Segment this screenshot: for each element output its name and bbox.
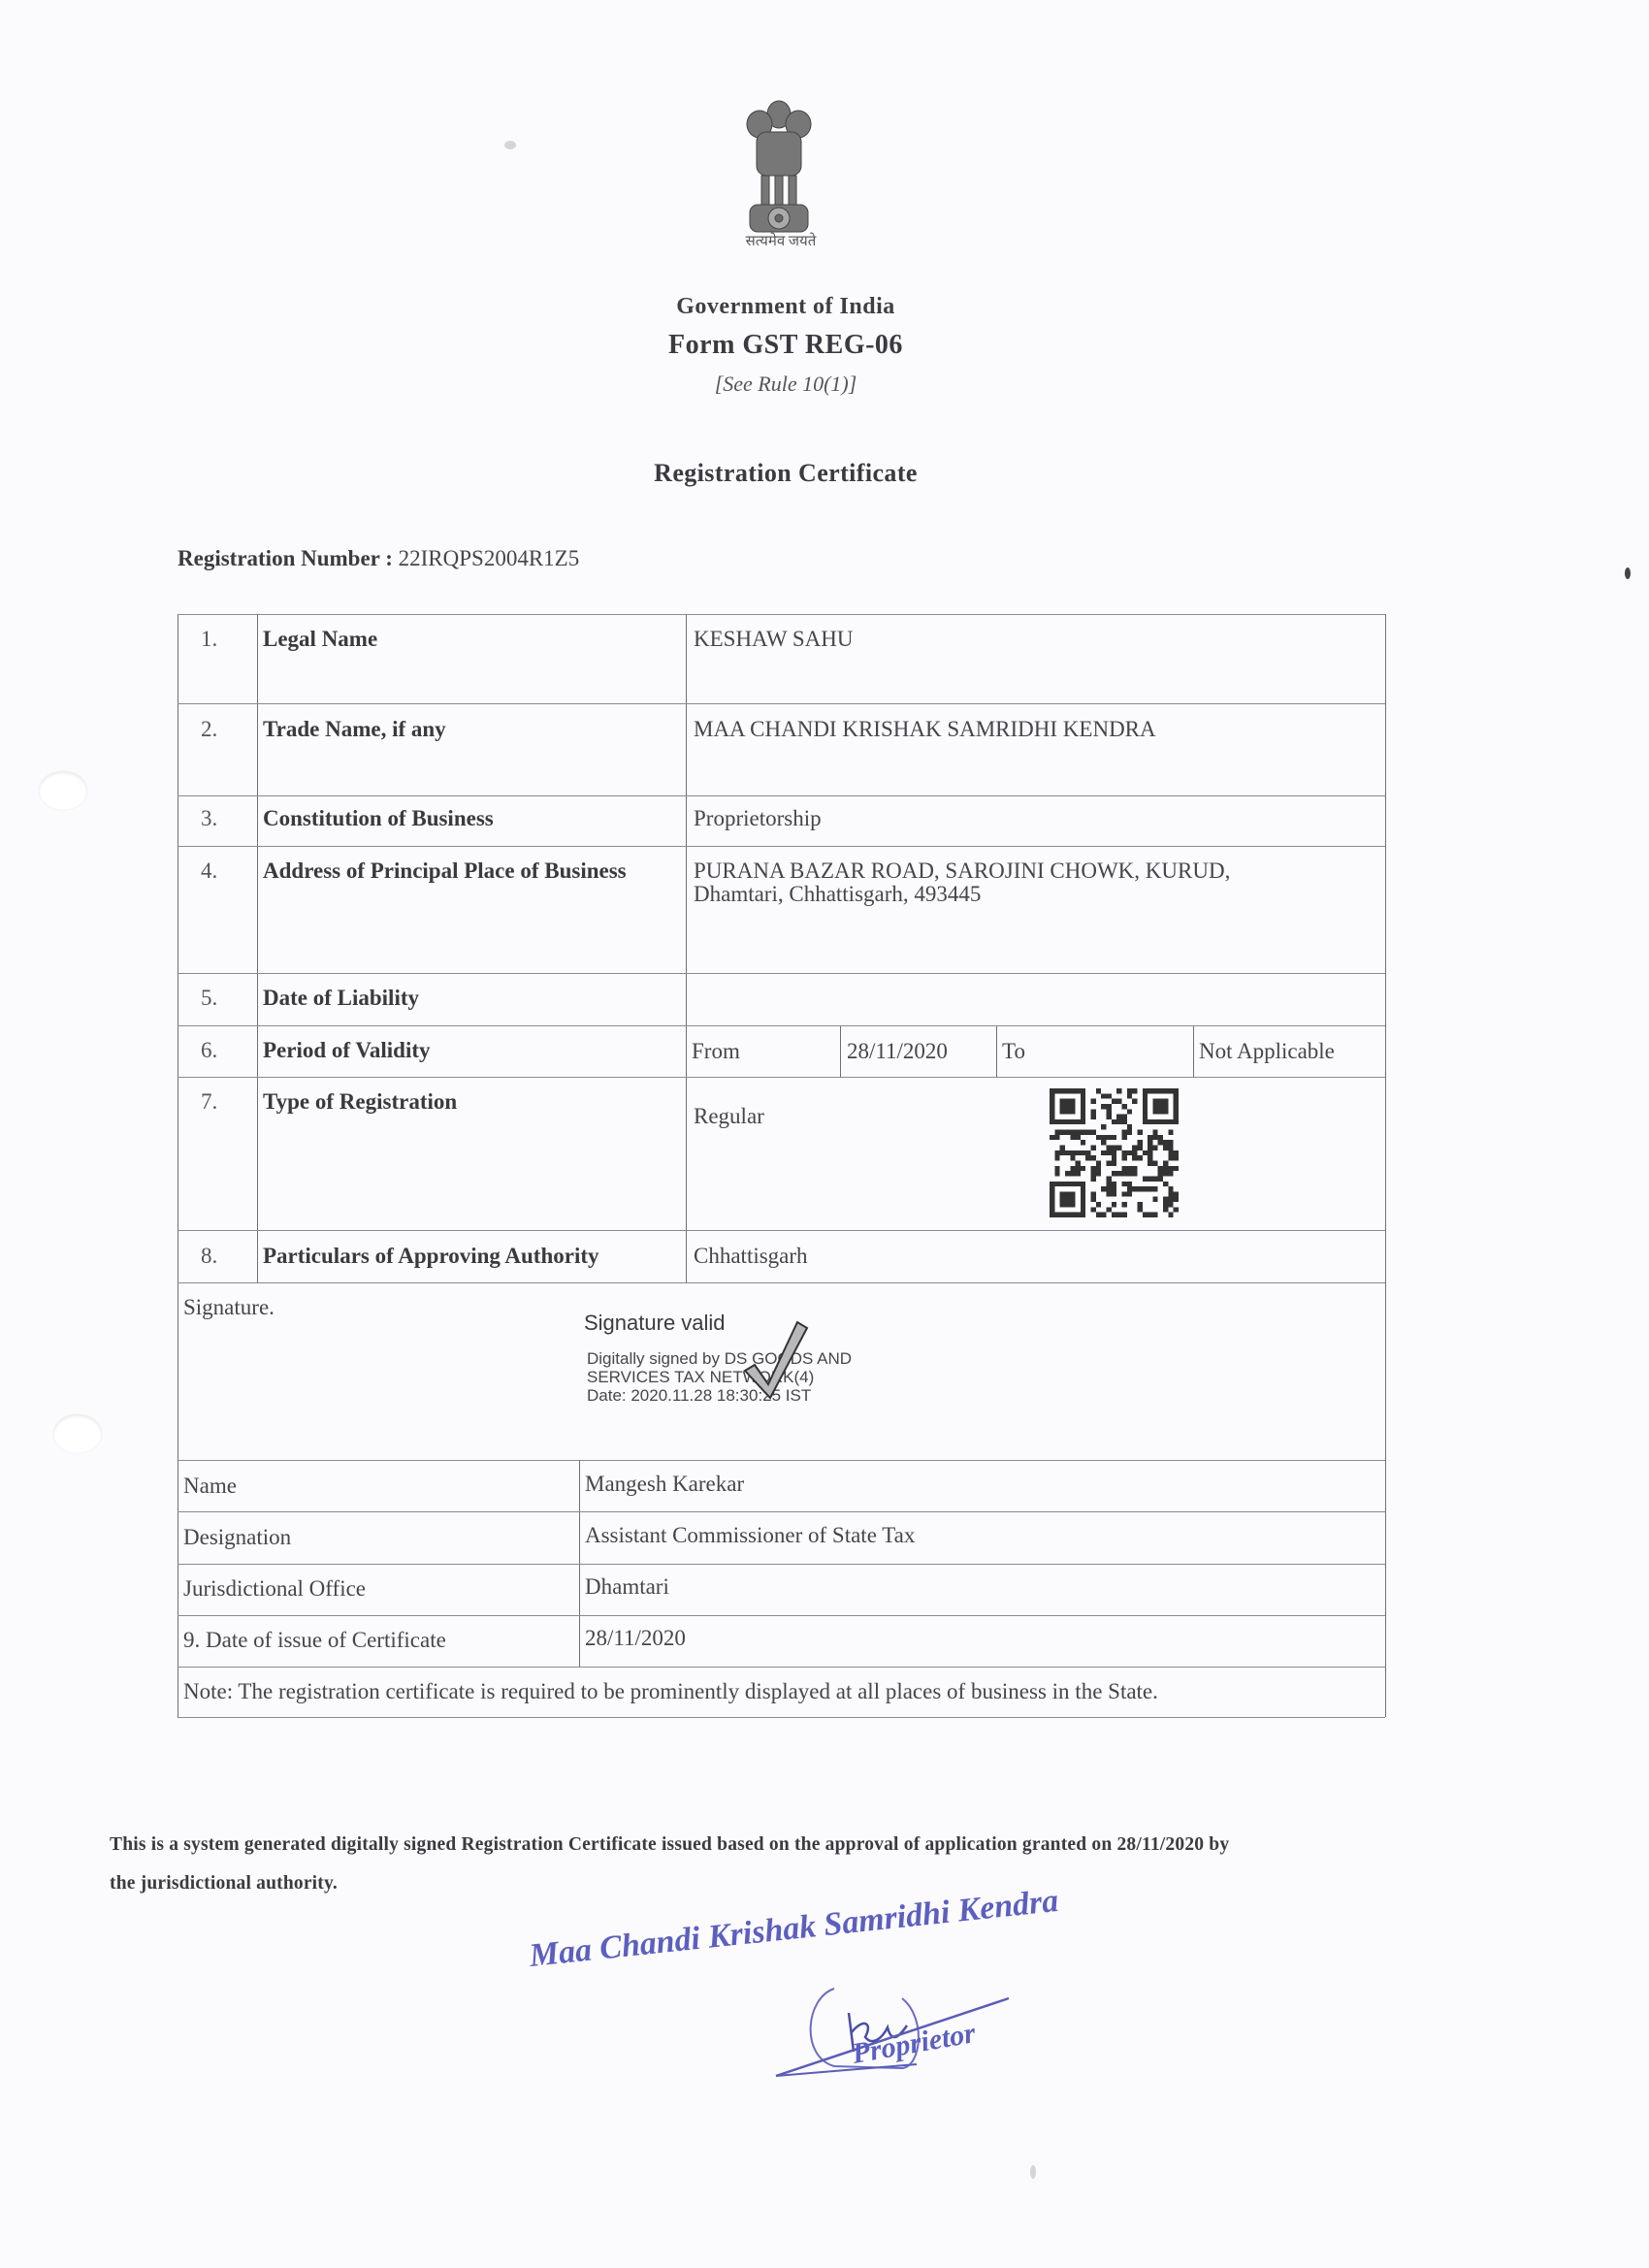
handwritten-signature-icon: [757, 1960, 1018, 2095]
display-note: Note: The registration certificate is re…: [183, 1678, 1158, 1704]
row-label: Address of Principal Place of Business: [263, 858, 670, 884]
row-number: 4.: [201, 858, 217, 884]
row-label: Date of Liability: [263, 985, 419, 1011]
validity-to-value: Not Applicable: [1199, 1038, 1335, 1064]
designation-value: Assistant Commissioner of State Tax: [585, 1522, 915, 1548]
constitution-value: Proprietorship: [694, 805, 822, 831]
form-title: Form GST REG-06: [0, 330, 1571, 361]
paper-smudge: [504, 141, 516, 149]
paper-smudge: [1030, 2165, 1036, 2179]
issue-date-value: 28/11/2020: [585, 1625, 686, 1651]
row-number: 5.: [201, 985, 217, 1011]
row-label: Type of Registration: [263, 1088, 457, 1115]
row-number: 3.: [201, 805, 217, 831]
row-number: 2.: [201, 716, 217, 742]
registration-number-label: Registration Number :: [178, 546, 393, 570]
rule-reference: [See Rule 10(1)]: [0, 372, 1571, 397]
emblem-motto: सत्यमेव जयते: [723, 231, 839, 250]
address-line1: PURANA BAZAR ROAD, SAROJINI CHOWK, KURUD…: [694, 858, 1230, 884]
footer-line1: This is a system generated digitally sig…: [110, 1826, 1468, 1864]
row-number: 7.: [201, 1088, 217, 1115]
address-line2: Dhamtari, Chhattisgarh, 493445: [694, 881, 981, 907]
legal-name-value: KESHAW SAHU: [694, 626, 854, 652]
punch-hole-bottom: [53, 1414, 102, 1453]
system-generated-note: This is a system generated digitally sig…: [110, 1826, 1468, 1903]
row-label: Particulars of Approving Authority: [263, 1243, 599, 1269]
certificate-title: Registration Certificate: [0, 459, 1571, 488]
authority-label: 9. Date of issue of Certificate: [183, 1627, 446, 1653]
row-number: 1.: [201, 626, 217, 652]
registration-type-value: Regular: [694, 1103, 764, 1129]
registration-number: Registration Number : 22IRQPS2004R1Z5: [178, 546, 579, 571]
row-number: 6.: [201, 1037, 217, 1063]
validity-from-label: From: [692, 1038, 740, 1064]
government-heading: Government of India: [0, 294, 1571, 320]
row-label: Constitution of Business: [263, 805, 494, 831]
paper-smudge: [1625, 567, 1631, 579]
trade-name-value: MAA CHANDI KRISHAK SAMRIDHI KENDRA: [694, 716, 1156, 742]
authority-label: Jurisdictional Office: [183, 1575, 366, 1602]
national-emblem-icon: [735, 93, 823, 248]
authority-label: Designation: [183, 1524, 291, 1550]
row-label: Period of Validity: [263, 1037, 431, 1063]
qr-code-icon: [1050, 1088, 1179, 1217]
row-label: Trade Name, if any: [263, 716, 446, 742]
approving-authority-value: Chhattisgarh: [694, 1243, 808, 1269]
signature-label: Signature.: [183, 1294, 275, 1320]
footer-line2: the jurisdictional authority.: [110, 1864, 1468, 1903]
signature-status: Signature valid: [584, 1311, 726, 1336]
row-label: Legal Name: [263, 626, 377, 652]
row-number: 8.: [201, 1243, 217, 1269]
validity-to-label: To: [1002, 1038, 1025, 1064]
authority-label: Name: [183, 1473, 237, 1499]
registration-number-value: 22IRQPS2004R1Z5: [399, 546, 580, 570]
jurisdictional-office-value: Dhamtari: [585, 1573, 669, 1600]
punch-hole-top: [39, 771, 87, 810]
checkmark-icon: [737, 1314, 815, 1402]
officer-name-value: Mangesh Karekar: [585, 1471, 744, 1497]
validity-from-value: 28/11/2020: [847, 1038, 948, 1064]
